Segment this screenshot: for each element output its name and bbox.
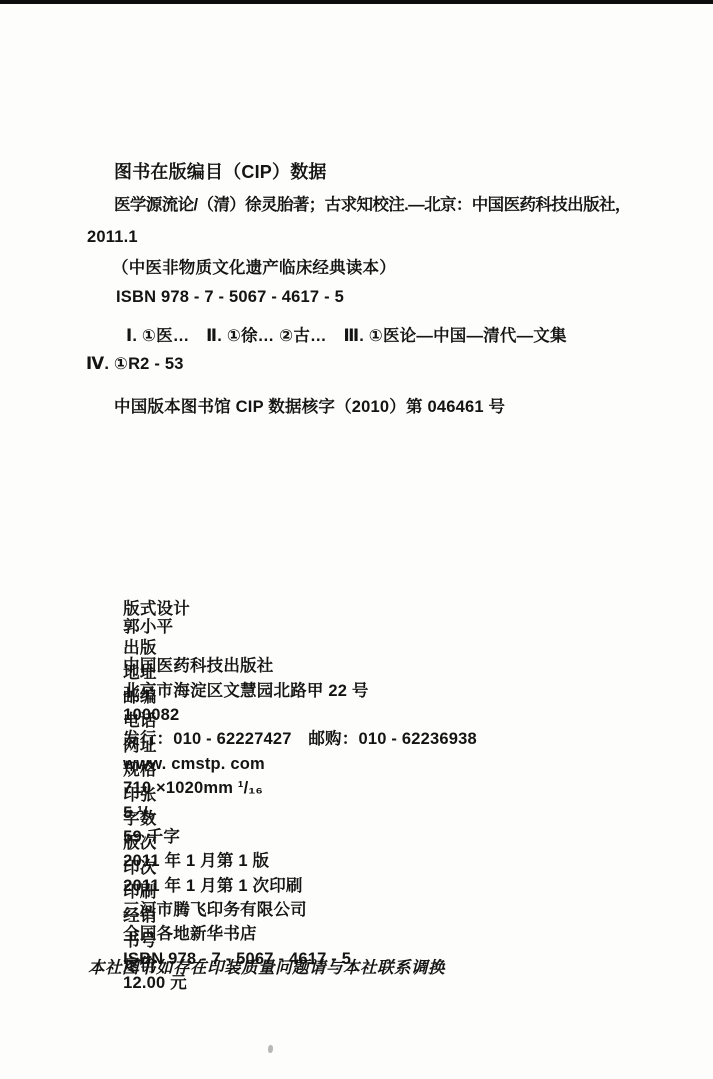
cip-classification-line1: Ⅰ. ①医… Ⅱ. ①徐… ②古… Ⅲ. ①医论—中国—清代—文集	[126, 327, 567, 345]
scan-artifact-speck	[268, 1045, 273, 1053]
book-copyright-page: 图书在版编目（CIP）数据 医学源流论/（清）徐灵胎著；古求知校注.—北京：中国…	[0, 0, 713, 1079]
cip-record-line1: 医学源流论/（清）徐灵胎著；古求知校注.—北京：中国医药科技出版社，	[114, 196, 631, 214]
quality-notice: 本社图书如存在印装质量问题请与本社联系调换	[88, 959, 445, 977]
cip-classification-line2: Ⅳ. ①R2 - 53	[86, 355, 184, 373]
cip-isbn-line: ISBN 978 - 7 - 5067 - 4617 - 5	[116, 288, 344, 306]
cip-header: 图书在版编目（CIP）数据	[114, 163, 327, 183]
cip-registry-line: 中国版本图书馆 CIP 数据核字（2010）第 046461 号	[114, 398, 505, 416]
design-credit-label: 版式设计	[123, 600, 190, 618]
cip-series-note: （中医非物质文化遗产临床经典读本）	[112, 259, 396, 277]
page-top-rule	[0, 0, 713, 4]
cip-record-line2: 2011.1	[87, 228, 138, 246]
